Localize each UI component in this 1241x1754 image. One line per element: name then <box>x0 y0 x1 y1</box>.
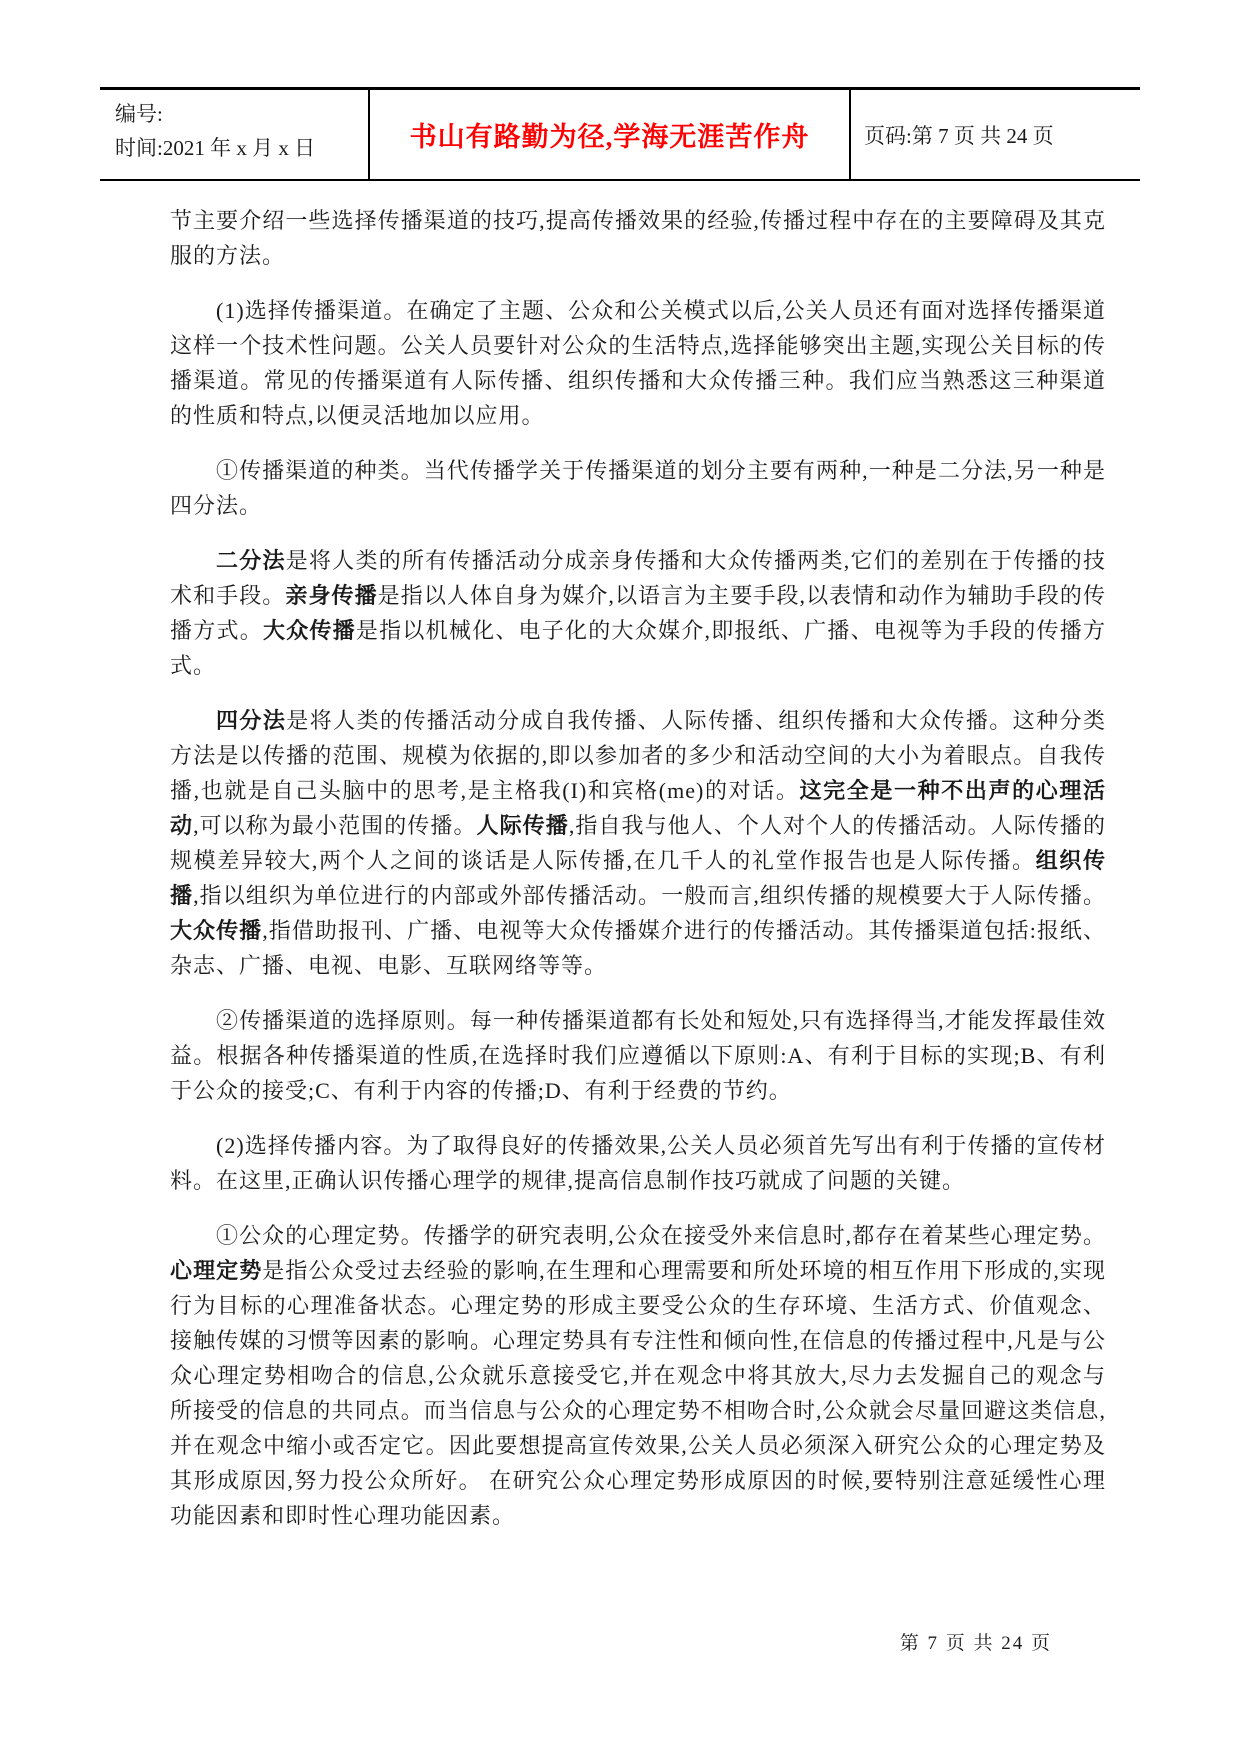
bold-text-run: 亲身传播 <box>285 583 377 608</box>
paragraph: 节主要介绍一些选择传播渠道的技巧,提高传播效果的经验,传播过程中存在的主要障碍及… <box>170 203 1106 273</box>
paragraph: ①传播渠道的种类。当代传播学关于传播渠道的划分主要有两种,一种是二分法,另一种是… <box>170 453 1106 523</box>
header-left-cell: 编号: 时间:2021 年 x 月 x 日 <box>100 90 370 179</box>
bold-text-run: 人际传播 <box>477 813 569 838</box>
header-page-cell: 页码:第 7 页 共 24 页 <box>851 90 1140 179</box>
document-body: 节主要介绍一些选择传播渠道的技巧,提高传播效果的经验,传播过程中存在的主要障碍及… <box>170 203 1106 1553</box>
paragraph: (1)选择传播渠道。在确定了主题、公众和公关模式以后,公关人员还有面对选择传播渠… <box>170 293 1106 433</box>
paragraph: 二分法是将人类的所有传播活动分成亲身传播和大众传播两类,它们的差别在于传播的技术… <box>170 543 1106 683</box>
doc-date-label: 时间:2021 年 x 月 x 日 <box>115 131 368 165</box>
text-run: ,指以组织为单位进行的内部或外部传播活动。一般而言,组织传播的规模要大于人际传播… <box>193 883 1106 908</box>
bold-text-run: 大众传播 <box>170 918 262 943</box>
header-page-number-label: 页码:第 7 页 共 24 页 <box>864 120 1054 150</box>
page-footer: 第 7 页 共 24 页 <box>0 1628 1241 1655</box>
text-run: (1)选择传播渠道。在确定了主题、公众和公关模式以后,公关人员还有面对选择传播渠… <box>170 298 1106 428</box>
text-run: 节主要介绍一些选择传播渠道的技巧,提高传播效果的经验,传播过程中存在的主要障碍及… <box>170 208 1106 268</box>
text-run: ①传播渠道的种类。当代传播学关于传播渠道的划分主要有两种,一种是二分法,另一种是… <box>170 458 1106 518</box>
text-run: ②传播渠道的选择原则。每一种传播渠道都有长处和短处,只有选择得当,才能发挥最佳效… <box>170 1008 1106 1103</box>
bold-text-run: 二分法 <box>216 548 286 573</box>
footer-page-number: 第 7 页 共 24 页 <box>900 1633 1052 1654</box>
text-run: ,可以称为最小范围的传播。 <box>193 813 476 838</box>
document-page: 编号: 时间:2021 年 x 月 x 日 书山有路勤为径,学海无涯苦作舟 页码… <box>0 0 1241 1754</box>
paragraph: ①公众的心理定势。传播学的研究表明,公众在接受外来信息时,都存在着某些心理定势。… <box>170 1218 1106 1533</box>
header-slogan-cell: 书山有路勤为径,学海无涯苦作舟 <box>370 90 851 179</box>
header-slogan-text: 书山有路勤为径,学海无涯苦作舟 <box>410 115 810 154</box>
paragraph: 四分法是将人类的传播活动分成自我传播、人际传播、组织传播和大众传播。这种分类方法… <box>170 703 1106 983</box>
paragraph: ②传播渠道的选择原则。每一种传播渠道都有长处和短处,只有选择得当,才能发挥最佳效… <box>170 1003 1106 1108</box>
text-run: (2)选择传播内容。为了取得良好的传播效果,公关人员必须首先写出有利于传播的宣传… <box>170 1133 1106 1193</box>
paragraph: (2)选择传播内容。为了取得良好的传播效果,公关人员必须首先写出有利于传播的宣传… <box>170 1128 1106 1198</box>
text-run: 是指公众受过去经验的影响,在生理和心理需要和所处环境的相互作用下形成的,实现行为… <box>170 1258 1106 1528</box>
bold-text-run: 四分法 <box>216 708 286 733</box>
page-header: 编号: 时间:2021 年 x 月 x 日 书山有路勤为径,学海无涯苦作舟 页码… <box>100 87 1140 181</box>
bold-text-run: 心理定势 <box>170 1258 262 1283</box>
text-run: ,指借助报刊、广播、电视等大众传播媒介进行的传播活动。其传播渠道包括:报纸、杂志… <box>170 918 1106 978</box>
doc-number-label: 编号: <box>115 97 368 131</box>
bold-text-run: 大众传播 <box>263 618 356 643</box>
text-run: ①公众的心理定势。传播学的研究表明,公众在接受外来信息时,都存在着某些心理定势。 <box>216 1223 1106 1248</box>
